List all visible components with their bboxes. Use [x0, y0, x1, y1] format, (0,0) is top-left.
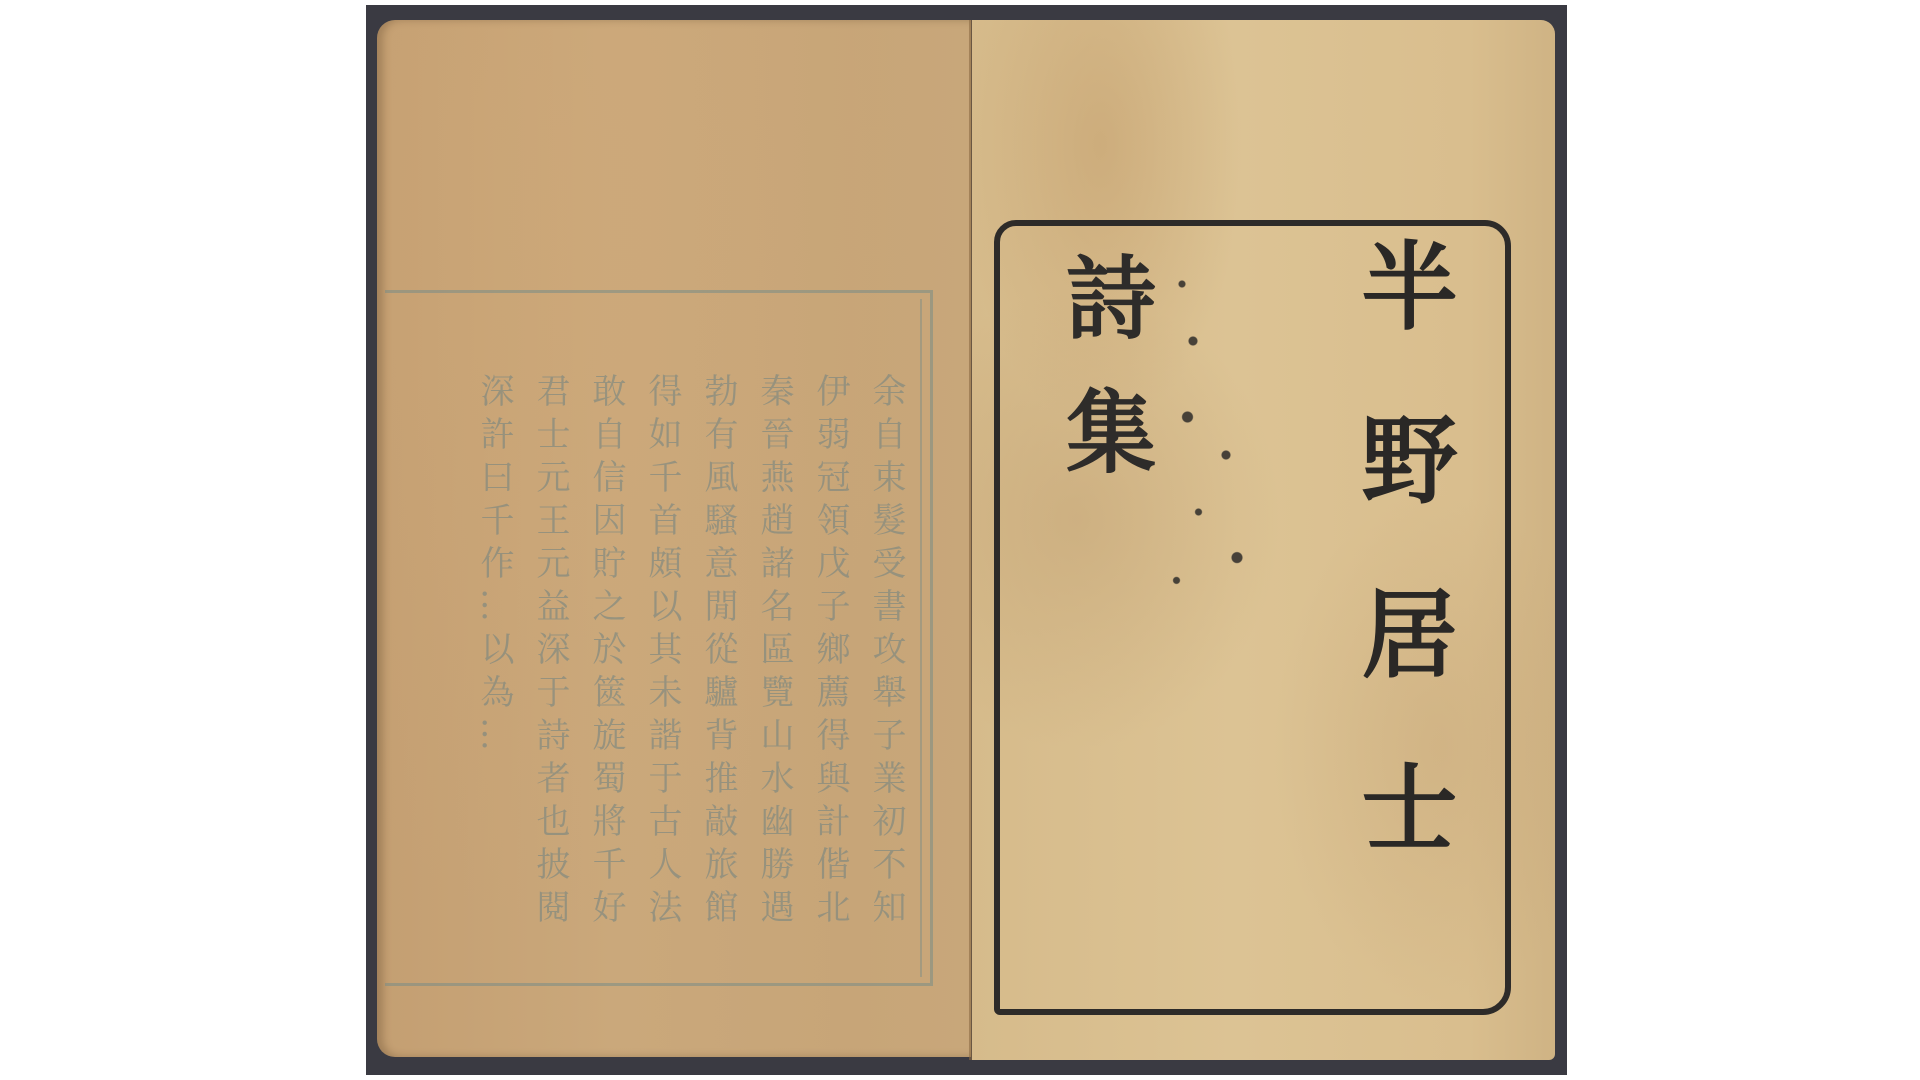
preface-column: 余自束髮受書攻舉子業初不知詩之 [864, 373, 908, 973]
preface-column: 得如千首頗以其未諧于古人法律不 [640, 373, 684, 973]
scan-background: 余自束髮受書攻舉子業初不知詩之 伊弱冠領戊子鄉薦得與計偕北上歷 秦晉燕趙諸名區覽… [366, 5, 1567, 1075]
preface-column: 秦晉燕趙諸名區覽山水幽勝遇人物 [752, 373, 796, 973]
worn-illegible-characters [1160, 246, 1270, 626]
preface-text-columns: 余自束髮受書攻舉子業初不知詩之 伊弱冠領戊子鄉薦得與計偕北上歷 秦晉燕趙諸名區覽… [472, 373, 908, 973]
preface-column: 勃有風騷意閒從驢背推敲旅館吟哦 [696, 373, 740, 973]
title-cartouche-frame: 半野居士 詩集 [994, 220, 1511, 1015]
book-title: 半野居士 [1334, 236, 1471, 932]
book-subtitle: 詩集 [1038, 251, 1168, 519]
preface-column: 伊弱冠領戊子鄉薦得與計偕北上歷 [808, 373, 852, 973]
preface-column: 君士元王元益深于詩者也披閱之下 [528, 373, 572, 973]
preface-ruled-frame: 余自束髮受書攻舉子業初不知詩之 伊弱冠領戊子鄉薦得與計偕北上歷 秦晉燕趙諸名區覽… [385, 290, 933, 986]
preface-column: 深許曰千作…以為… [472, 373, 516, 973]
left-page: 余自束髮受書攻舉子業初不知詩之 伊弱冠領戊子鄉薦得與計偕北上歷 秦晉燕趙諸名區覽… [377, 20, 971, 1057]
right-page-title: 半野居士 詩集 [972, 20, 1555, 1060]
preface-column: 敢自信因貯之於篋旋蜀將千好友許 [584, 373, 628, 973]
